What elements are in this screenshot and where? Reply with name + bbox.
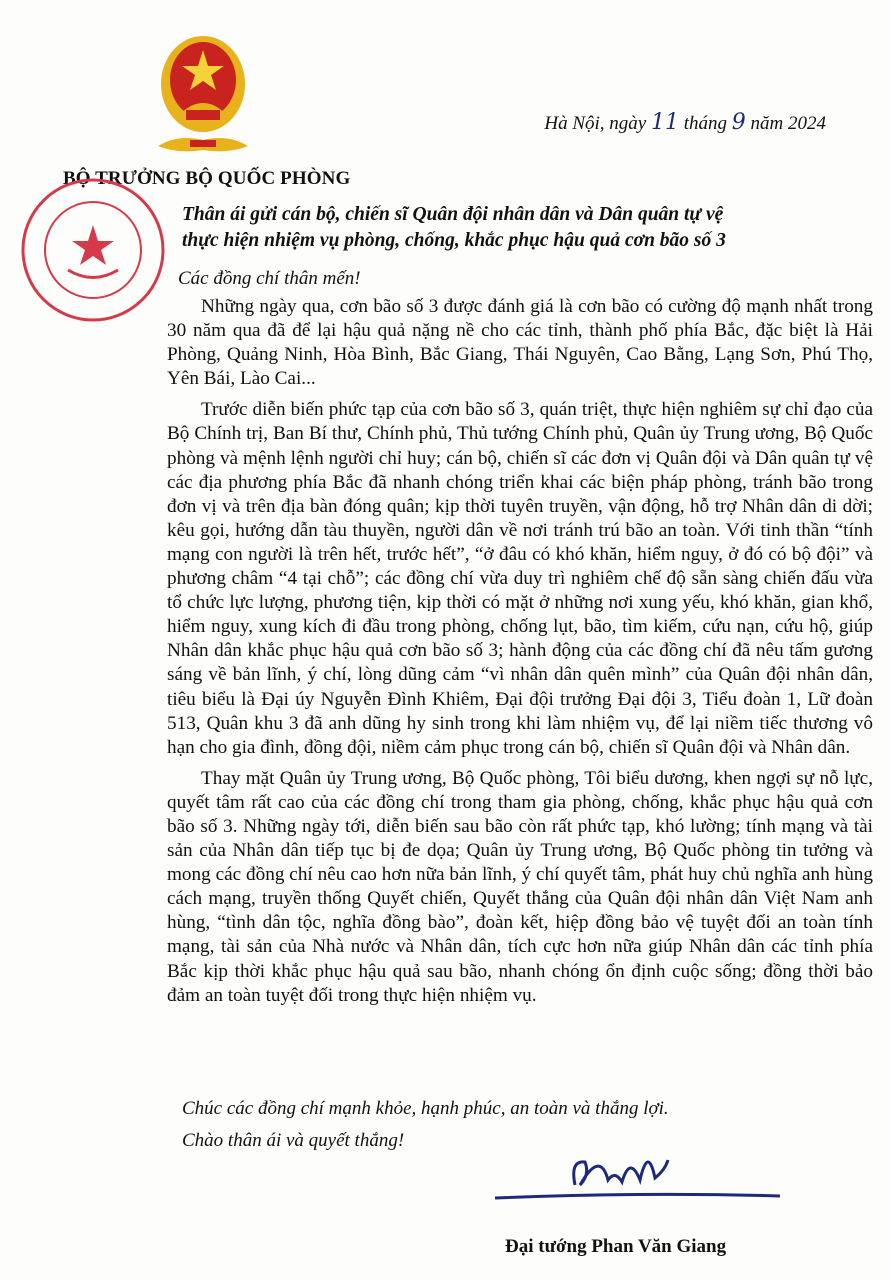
national-emblem-icon <box>128 22 278 172</box>
date-prefix: Hà Nội, ngày <box>544 113 646 134</box>
document-date: Hà Nội, ngày 11 tháng 9 năm 2024 <box>0 110 826 135</box>
signer-name: Đại tướng Phan Văn Giang <box>505 1236 726 1258</box>
handwritten-signature-icon <box>490 1140 790 1210</box>
date-month-label: tháng <box>684 113 727 134</box>
date-day: 11 <box>651 110 679 135</box>
greeting: Các đồng chí thân mến! <box>178 268 361 290</box>
letter-body: Những ngày qua, cơn bão số 3 được đánh g… <box>167 295 873 1015</box>
date-month: 9 <box>732 110 746 135</box>
paragraph: Trước diễn biến phức tạp của cơn bão số … <box>167 398 873 759</box>
paragraph: Thay mặt Quân ủy Trung ương, Bộ Quốc phò… <box>167 767 873 1008</box>
ministry-seal-stamp-icon <box>18 175 168 325</box>
paragraph: Những ngày qua, cơn bão số 3 được đánh g… <box>167 295 873 391</box>
title-line-1: Thân ái gửi cán bộ, chiến sĩ Quân đội nh… <box>182 202 882 228</box>
letter-title: Thân ái gửi cán bộ, chiến sĩ Quân đội nh… <box>182 202 882 254</box>
date-year: năm 2024 <box>751 113 826 134</box>
closing-line-1: Chúc các đồng chí mạnh khỏe, hạnh phúc, … <box>182 1093 669 1125</box>
title-line-2: thực hiện nhiệm vụ phòng, chống, khắc ph… <box>182 228 882 254</box>
